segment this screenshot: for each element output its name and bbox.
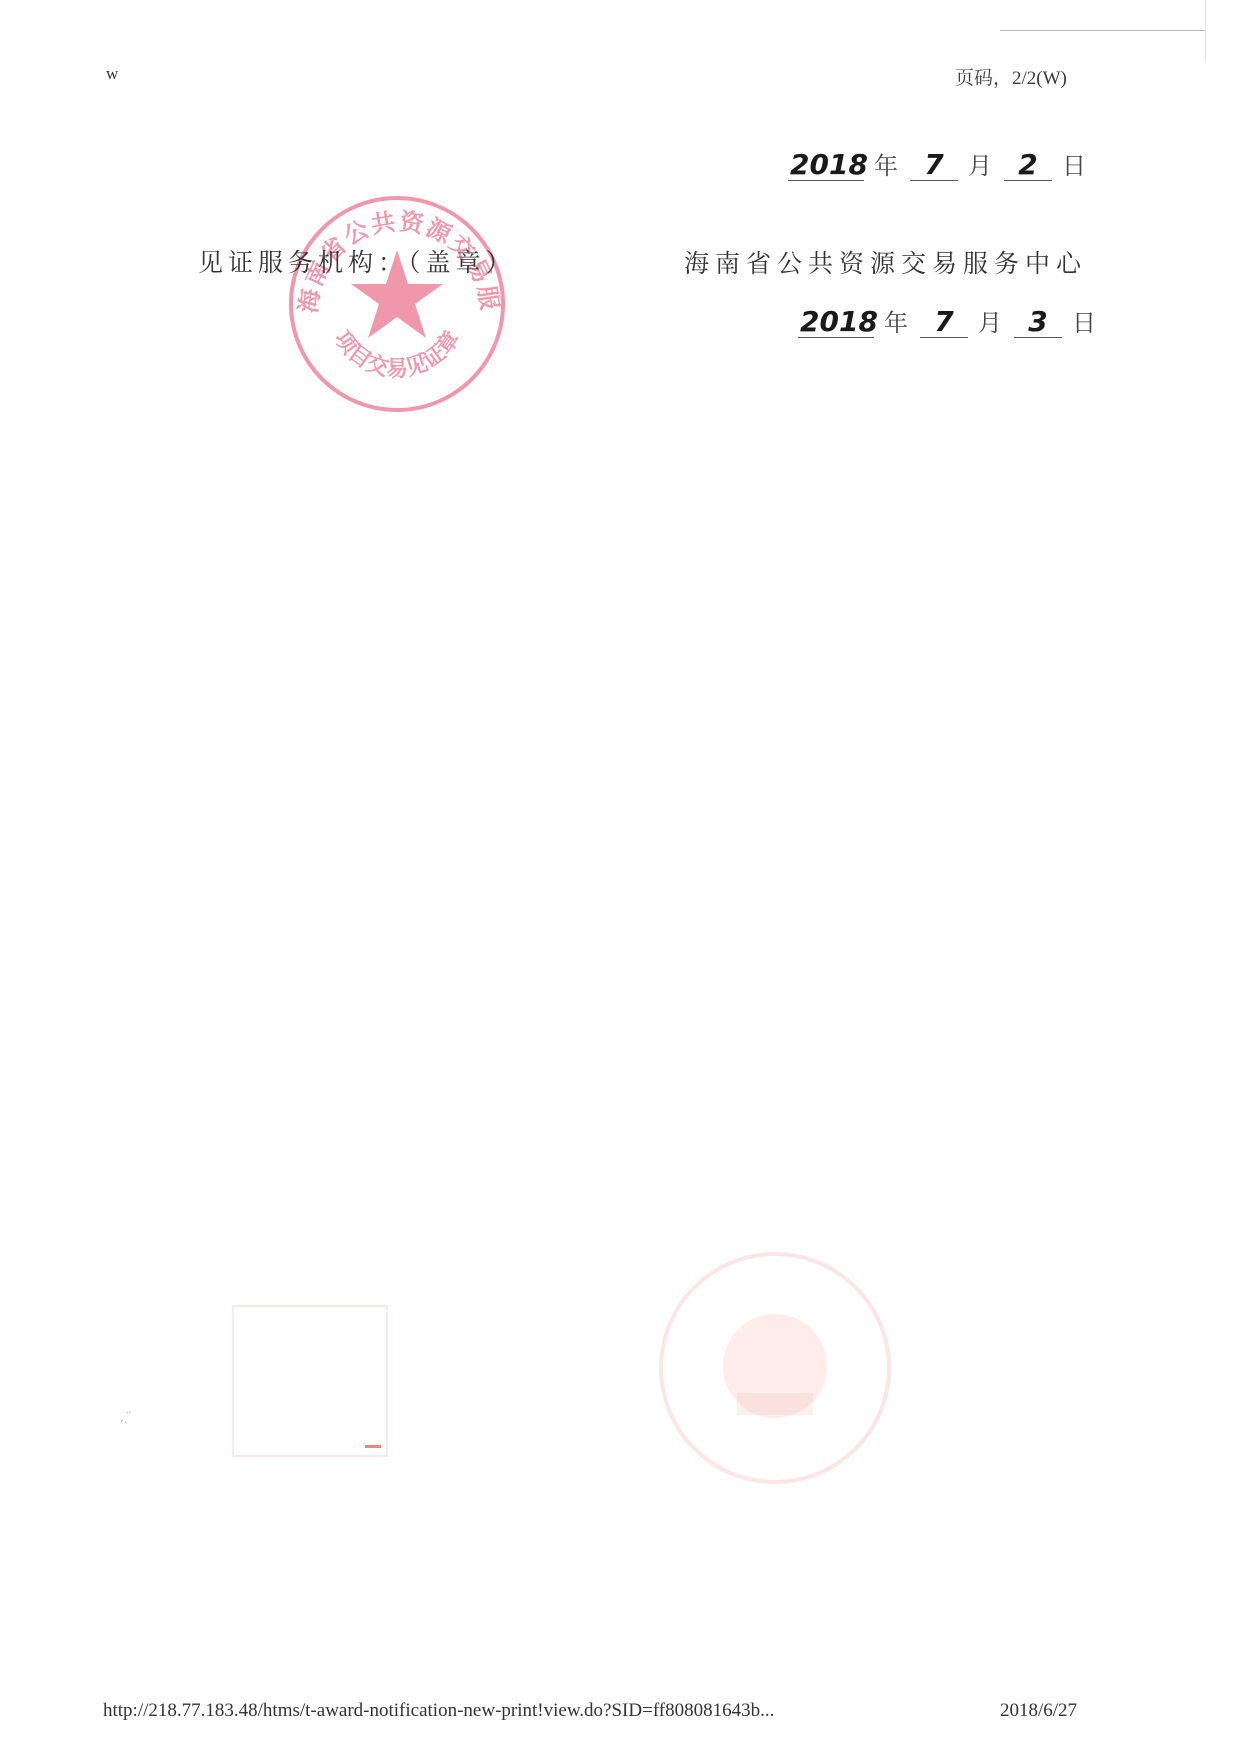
handwritten-year: 2018	[798, 307, 874, 338]
official-seal-icon: 海南省公共资源交易服务中心 项目交易见证章	[285, 192, 510, 417]
day-unit: 日	[1062, 146, 1086, 181]
year-unit: 年	[874, 146, 898, 181]
top-rule	[1000, 30, 1205, 31]
second-date: 2018 年 7 月 3 日	[798, 303, 1108, 338]
footer-print-date: 2018/6/27	[1000, 1700, 1077, 1722]
month-unit: 月	[968, 146, 992, 181]
faded-square-stamp	[232, 1305, 388, 1457]
handwritten-year: 2018	[788, 150, 864, 181]
scan-edge-line	[1205, 0, 1206, 60]
witness-agency-label: 见证服务机构：（盖章）	[198, 243, 516, 279]
page-number: 页码，2/2(W)	[955, 63, 1067, 90]
day-unit: 日	[1072, 303, 1096, 338]
month-unit: 月	[978, 303, 1002, 338]
first-date: 2018 年 7 月 2 日	[788, 146, 1098, 181]
svg-text:项目交易见证章: 项目交易见证章	[329, 326, 465, 382]
scan-speck: ‚ˏ ̈	[120, 1410, 132, 1425]
seal-bottom-text: 项目交易见证章	[329, 326, 465, 382]
header-left-mark: w	[106, 64, 118, 84]
faded-stamp-mark	[365, 1445, 381, 1448]
handwritten-month: 7	[910, 150, 958, 181]
handwritten-day: 2	[1004, 150, 1052, 181]
issuing-center-name: 海南省公共资源交易服务中心	[684, 244, 1087, 280]
handwritten-day: 3	[1014, 307, 1062, 338]
footer-url: http://218.77.183.48/htms/t-award-notifi…	[103, 1700, 774, 1722]
faded-national-emblem-seal-icon	[655, 1248, 895, 1488]
year-unit: 年	[884, 303, 908, 338]
handwritten-month: 7	[920, 307, 968, 338]
